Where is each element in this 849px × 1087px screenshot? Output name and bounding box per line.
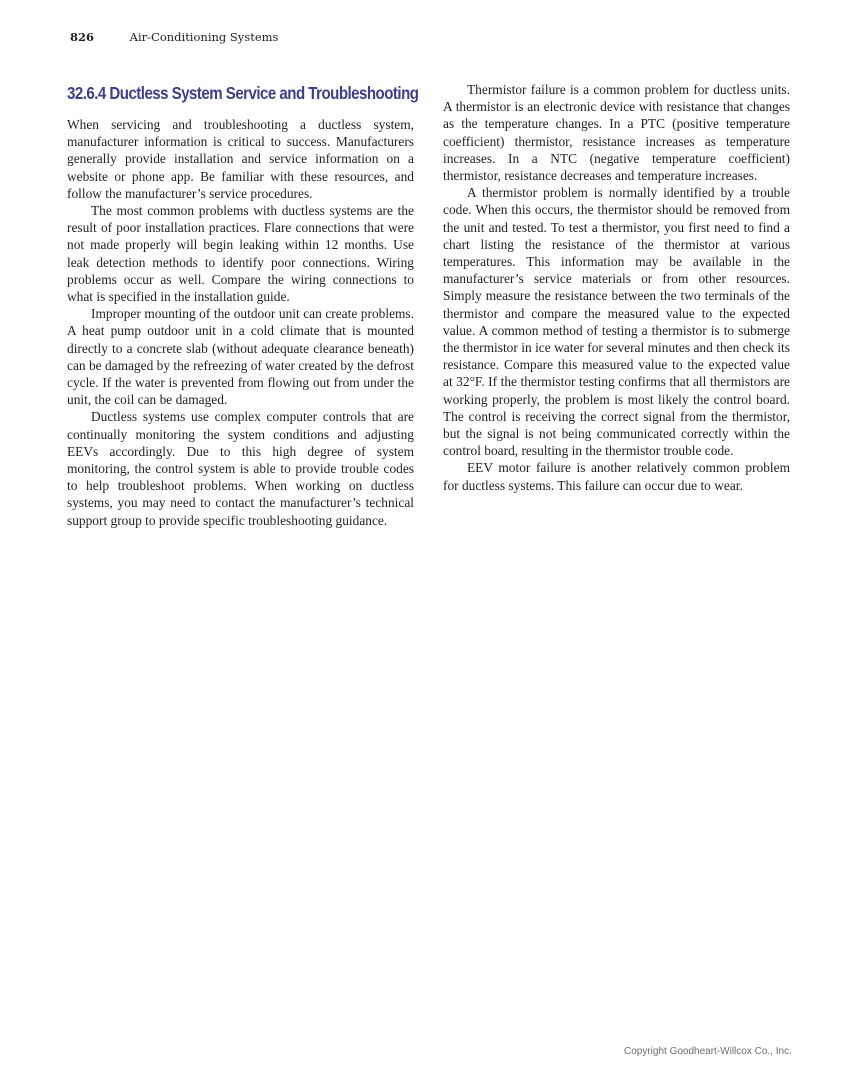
right-column: Thermistor failure is a common problem f… (443, 81, 790, 494)
paragraph: A thermistor problem is normally identif… (443, 184, 790, 459)
section-heading: 32.6.4 Ductless System Service and Troub… (67, 82, 365, 104)
paragraph: Improper mounting of the outdoor unit ca… (67, 305, 414, 408)
paragraph: EEV motor failure is another relatively … (443, 459, 790, 493)
paragraph: Ductless systems use complex computer co… (67, 408, 414, 528)
page-number: 826 (70, 30, 126, 44)
left-column: 32.6.4 Ductless System Service and Troub… (67, 80, 414, 529)
copyright-footer: Copyright Goodheart-Willcox Co., Inc. (624, 1046, 792, 1057)
chapter-title: Air-Conditioning Systems (130, 30, 279, 44)
paragraph: When servicing and troubleshooting a duc… (67, 116, 414, 202)
paragraph: Thermistor failure is a common problem f… (443, 81, 790, 184)
paragraph: The most common problems with ductless s… (67, 202, 414, 305)
running-head: 826 Air-Conditioning Systems (70, 30, 278, 44)
